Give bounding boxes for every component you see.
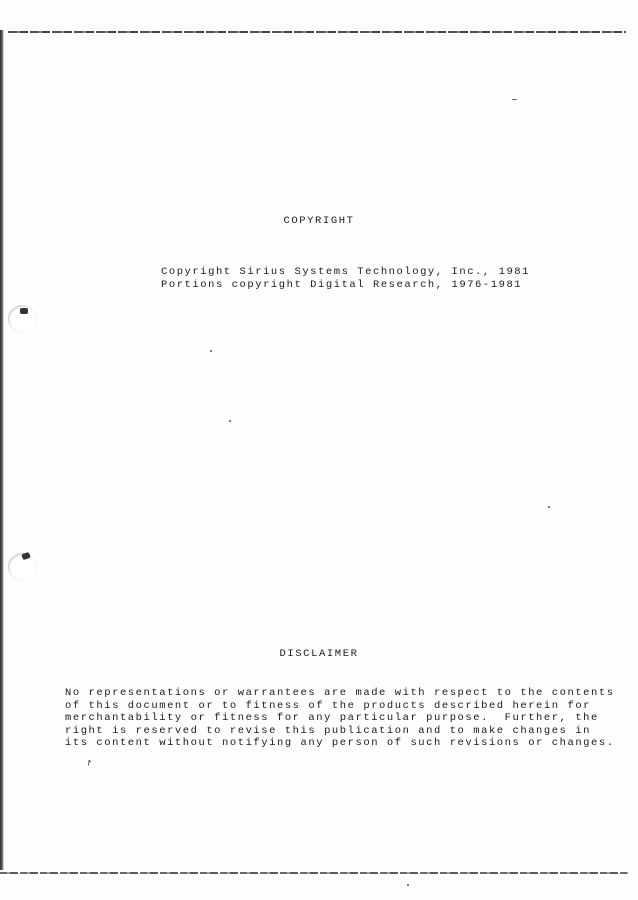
copyright-line: Portions copyright Digital Research, 197… [161,279,530,292]
disclaimer-line: its content without notifying any person… [65,737,615,750]
top-rule [8,31,626,33]
document-page: COPYRIGHT Copyright Sirius Systems Techn… [0,0,638,900]
handwritten-mark: ↗ [83,756,94,769]
disclaimer-line: of this document or to fitness of the pr… [65,700,615,713]
disclaimer-line: right is reserved to revise this publica… [65,725,615,738]
speck [210,350,212,352]
copyright-line: Copyright Sirius Systems Technology, Inc… [161,266,530,279]
speck [548,506,550,508]
bottom-rule [0,872,628,874]
page-binding-edge [0,30,4,870]
disclaimer-heading: DISCLAIMER [0,648,638,660]
speck [512,99,517,100]
disclaimer-line: merchantability or fitness for any parti… [65,712,615,725]
speck [407,884,409,886]
copyright-heading: COPYRIGHT [0,215,638,227]
disclaimer-body: No representations or warrantees are mad… [65,687,615,750]
copyright-block: Copyright Sirius Systems Technology, Inc… [161,266,530,291]
speck [229,420,231,422]
punch-hole-shadow [20,308,28,314]
disclaimer-line: No representations or warrantees are mad… [65,687,615,700]
